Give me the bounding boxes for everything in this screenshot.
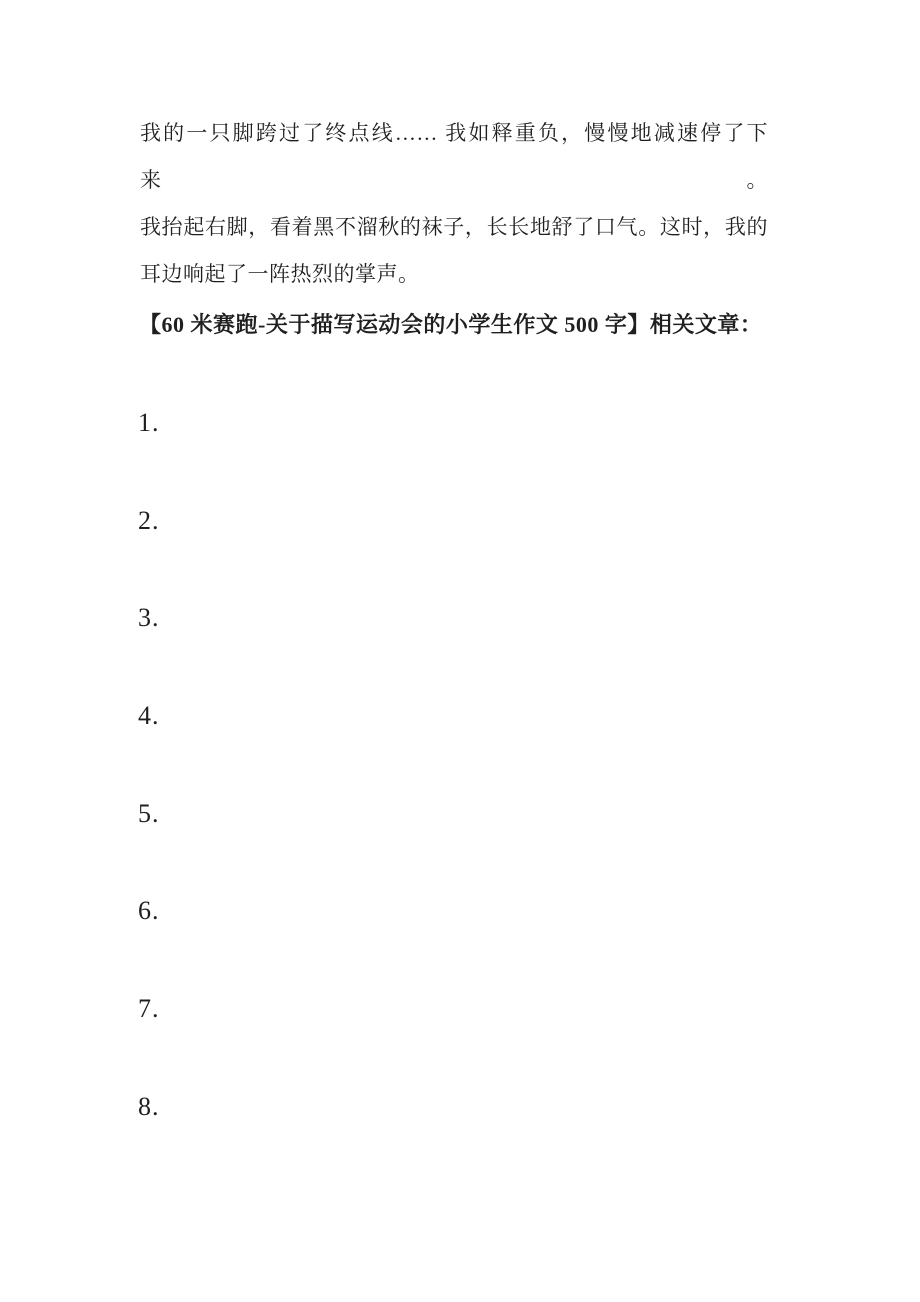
related-item-number: 5. (138, 801, 160, 899)
paragraph-line: 我抬起右脚，看着黑不溜秋的袜子，长长地舒了口气。这时，我的 (140, 204, 768, 251)
related-articles-heading: 【60 米赛跑-关于描写运动会的小学生作文 500 字】相关文章： (139, 310, 839, 340)
related-item-number: 7. (138, 996, 160, 1094)
essay-paragraph: 我的一只脚跨过了终点线…… 我如释重负，慢慢地减速停了下来。 我抬起右脚，看着黑… (140, 110, 768, 298)
related-articles-list: 1. 2. 3. 4. 5. 6. 7. 8. (138, 410, 160, 1192)
related-item-number: 2. (138, 508, 160, 606)
document-page: 我的一只脚跨过了终点线…… 我如释重负，慢慢地减速停了下来。 我抬起右脚，看着黑… (0, 0, 920, 1302)
related-item-number: 3. (138, 605, 160, 703)
related-item-number: 8. (138, 1094, 160, 1192)
related-item-number: 6. (138, 898, 160, 996)
related-item-number: 4. (138, 703, 160, 801)
paragraph-line: 耳边响起了一阵热烈的掌声。 (140, 251, 768, 298)
paragraph-line: 我的一只脚跨过了终点线…… 我如释重负，慢慢地减速停了下来。 (140, 110, 768, 204)
related-item-number: 1. (138, 410, 160, 508)
